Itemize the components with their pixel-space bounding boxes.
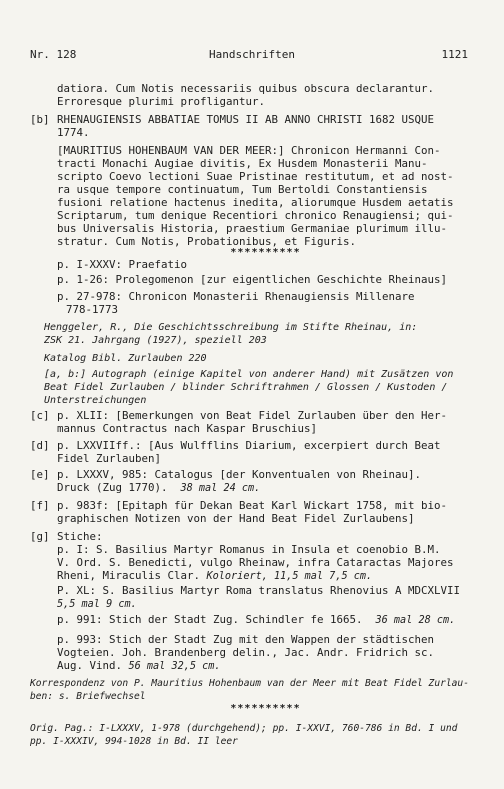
text-segment: Fidel Zurlauben] — [57, 452, 161, 465]
text-line: scripto Coevo lectioni Suae Pristinae re… — [57, 170, 474, 183]
text-line: p. 993: Stich der Stadt Zug mit den Wapp… — [57, 633, 474, 646]
text-block: [a, b:] Autograph (einige Kapitel von an… — [30, 368, 474, 407]
text-line: p. XLII: [Bemerkungen von Beat Fidel Zur… — [57, 409, 474, 422]
text-block: [d]p. LXXVIIff.: [Aus Wulfflins Diarium,… — [30, 439, 474, 465]
text-segment: 5,5 mal 9 cm. — [57, 599, 137, 610]
text-block: [MAURITIUS HOHENBAUM VAN DER MEER:] Chro… — [30, 144, 474, 248]
text-block: Korrespondenz von P. Mauritius Hohenbaum… — [30, 677, 474, 703]
text-segment: 56 mal 32,5 cm. — [129, 661, 221, 672]
text-line: bus Universalis Historia, praestium Germ… — [57, 222, 474, 235]
text-block: p. 993: Stich der Stadt Zug mit den Wapp… — [30, 633, 474, 672]
text-segment: p. 27-978: Chronicon Monasterii Rhenaugi… — [57, 290, 415, 303]
text-segment: P. XL: S. Basilius Martyr Roma translatu… — [57, 584, 460, 597]
page-header: Nr. 128 Handschriften 1121 — [0, 48, 504, 61]
text-line: Druck (Zug 1770). 38 mal 24 cm. — [57, 481, 474, 494]
text-line: p. LXXXV, 985: Catalogus [der Konventual… — [57, 468, 474, 481]
text-block: p. I: S. Basilius Martyr Romanus in Insu… — [30, 543, 474, 582]
text-segment: Beat Fidel Zurlauben / blinder Schriftra… — [44, 382, 447, 393]
text-segment: fusioni relatione hactenus inedita, alio… — [57, 196, 454, 209]
text-block: p. 27-978: Chronicon Monasterii Rhenaugi… — [30, 290, 474, 316]
text-line: V. Ord. S. Benedicti, vulgo Rheinaw, inf… — [57, 556, 474, 569]
text-segment: Stiche: — [57, 530, 103, 543]
text-line: Katalog Bibl. Zurlauben 220 — [44, 352, 474, 365]
text-block: Orig. Pag.: I-LXXXV, 1-978 (durchgehend)… — [30, 722, 474, 748]
text-block: [e]p. LXXXV, 985: Catalogus [der Konvent… — [30, 468, 474, 494]
text-segment: ZSK 21. Jahrgang (1927), speziell 203 — [44, 335, 267, 346]
text-segment: ra usque tempore continuatum, Tum Bertol… — [57, 183, 428, 196]
text-segment: tracti Monachi Augiae divitis, Ex Husdem… — [57, 157, 428, 170]
text-segment: 38 mal 24 cm. — [181, 483, 261, 494]
text-line: 5,5 mal 9 cm. — [57, 597, 474, 610]
text-line: p. 27-978: Chronicon Monasterii Rhenaugi… — [57, 290, 474, 303]
text-line: Unterstreichungen — [44, 394, 474, 407]
text-line: 778-1773 — [57, 303, 474, 316]
text-line: graphischen Notizen von der Hand Beat Fi… — [57, 512, 474, 525]
text-line: p. 991: Stich der Stadt Zug. Schindler f… — [57, 613, 474, 626]
text-line: Vogteien. Joh. Brandenberg delin., Jac. … — [57, 646, 474, 659]
text-segment: p. 993: Stich der Stadt Zug mit den Wapp… — [57, 633, 434, 646]
text-segment: 778-1773 — [66, 303, 118, 316]
text-segment: 1774. — [57, 126, 90, 139]
block-label: [c] — [30, 409, 50, 422]
text-segment: ********** — [230, 703, 300, 714]
manuscript-catalog-page: Nr. 128 Handschriften 1121 datiora. Cum … — [0, 0, 504, 789]
text-line: 1774. — [57, 126, 474, 139]
text-segment: p. XLII: [Bemerkungen von Beat Fidel Zur… — [57, 409, 447, 422]
text-line: fusioni relatione hactenus inedita, alio… — [57, 196, 474, 209]
text-block: [g]Stiche: — [30, 530, 474, 543]
text-line: [MAURITIUS HOHENBAUM VAN DER MEER:] Chro… — [57, 144, 474, 157]
text-line: tracti Monachi Augiae divitis, Ex Husdem… — [57, 157, 474, 170]
text-segment: [a, b:] Autograph (einige Kapitel von an… — [44, 369, 453, 380]
text-segment: p. I: S. Basilius Martyr Romanus in Insu… — [57, 543, 441, 556]
text-line: Henggeler, R., Die Geschichtsschreibung … — [44, 321, 474, 334]
text-segment: Korrespondenz von P. Mauritius Hohenbaum… — [30, 678, 469, 689]
text-segment: 36 mal 28 cm. — [376, 615, 456, 626]
text-line: ZSK 21. Jahrgang (1927), speziell 203 — [44, 334, 474, 347]
text-segment: datiora. Cum Notis necessariis quibus ob… — [57, 82, 434, 95]
text-segment: p. LXXVIIff.: [Aus Wulfflins Diarium, ex… — [57, 439, 441, 452]
block-label: [b] — [30, 113, 50, 126]
text-segment: p. I-XXXV: Praefatio — [57, 258, 187, 271]
text-line: p. I: S. Basilius Martyr Romanus in Insu… — [57, 543, 474, 556]
text-block: [f]p. 983f: [Epitaph für Dekan Beat Karl… — [30, 499, 474, 525]
text-block: p. 991: Stich der Stadt Zug. Schindler f… — [30, 613, 474, 626]
page-number: 1121 — [442, 48, 469, 61]
text-segment: pp. I-XXXIV, 994-1028 in Bd. II leer — [30, 736, 238, 747]
text-block: [b]RHENAUGIENSIS ABBATIAE TOMUS II AB AN… — [30, 113, 474, 139]
text-segment: stratur. Cum Notis, Probationibus, et Fi… — [57, 235, 356, 248]
text-segment: ben: s. Briefwechsel — [30, 691, 146, 702]
text-segment: scripto Coevo lectioni Suae Pristinae re… — [57, 170, 454, 183]
text-line: Rheni, Miraculis Clar. Koloriert, 11,5 m… — [57, 569, 474, 582]
text-line: Stiche: — [57, 530, 474, 543]
text-segment: Scriptarum, tum denique Recentiori chron… — [57, 209, 454, 222]
text-segment: V. Ord. S. Benedicti, vulgo Rheinaw, inf… — [57, 556, 454, 569]
text-segment: mannus Contractus nach Kaspar Bruschius] — [57, 422, 317, 435]
running-title: Handschriften — [0, 48, 504, 61]
text-segment: Vogteien. Joh. Brandenberg delin., Jac. … — [57, 646, 434, 659]
text-line: p. 983f: [Epitaph für Dekan Beat Karl Wi… — [57, 499, 474, 512]
text-line: ********** — [57, 248, 474, 258]
text-segment: Katalog Bibl. Zurlauben 220 — [44, 353, 207, 364]
text-segment: Henggeler, R., Die Geschichtsschreibung … — [44, 322, 417, 333]
text-segment: [MAURITIUS HOHENBAUM VAN DER MEER:] Chro… — [57, 144, 441, 157]
text-block: Katalog Bibl. Zurlauben 220 — [30, 352, 474, 365]
text-segment: RHENAUGIENSIS ABBATIAE TOMUS II AB ANNO … — [57, 113, 434, 126]
text-segment: bus Universalis Historia, praestium Germ… — [57, 222, 447, 235]
text-line: ben: s. Briefwechsel — [30, 690, 474, 703]
text-line: Scriptarum, tum denique Recentiori chron… — [57, 209, 474, 222]
text-segment: Druck (Zug 1770). — [57, 481, 181, 494]
block-label: [g] — [30, 530, 50, 543]
text-line: Orig. Pag.: I-LXXXV, 1-978 (durchgehend)… — [30, 722, 474, 735]
text-block: [c]p. XLII: [Bemerkungen von Beat Fidel … — [30, 409, 474, 435]
text-block: P. XL: S. Basilius Martyr Roma translatu… — [30, 584, 474, 610]
document-body: datiora. Cum Notis necessariis quibus ob… — [30, 82, 474, 748]
block-label: [f] — [30, 499, 50, 512]
text-segment: Koloriert, 11,5 mal 7,5 cm. — [207, 571, 373, 582]
text-line: RHENAUGIENSIS ABBATIAE TOMUS II AB ANNO … — [57, 113, 474, 126]
text-line: mannus Contractus nach Kaspar Bruschius] — [57, 422, 474, 435]
separator-asterisks: ********** — [30, 704, 474, 714]
text-line: [a, b:] Autograph (einige Kapitel von an… — [44, 368, 474, 381]
text-line: pp. I-XXXIV, 994-1028 in Bd. II leer — [30, 735, 474, 748]
text-segment: Orig. Pag.: I-LXXXV, 1-978 (durchgehend)… — [30, 723, 457, 734]
text-block: p. I-XXXV: Praefatio — [30, 258, 474, 271]
text-line: ********** — [57, 704, 474, 714]
text-line: Erroresque plurimi profligantur. — [57, 95, 474, 108]
text-segment: Rheni, Miraculis Clar. — [57, 569, 207, 582]
text-line: P. XL: S. Basilius Martyr Roma translatu… — [57, 584, 474, 597]
text-line: Korrespondenz von P. Mauritius Hohenbaum… — [30, 677, 474, 690]
text-segment: p. LXXXV, 985: Catalogus [der Konventual… — [57, 468, 421, 481]
text-line: p. I-XXXV: Praefatio — [57, 258, 474, 271]
text-segment: p. 991: Stich der Stadt Zug. Schindler f… — [57, 613, 376, 626]
text-line: datiora. Cum Notis necessariis quibus ob… — [57, 82, 474, 95]
text-line: Fidel Zurlauben] — [57, 452, 474, 465]
text-block: p. 1-26: Prolegomenon [zur eigentlichen … — [30, 273, 474, 286]
separator-asterisks: ********** — [30, 248, 474, 258]
block-label: [e] — [30, 468, 50, 481]
text-line: Beat Fidel Zurlauben / blinder Schriftra… — [44, 381, 474, 394]
text-line: Aug. Vind. 56 mal 32,5 cm. — [57, 659, 474, 672]
text-segment: Erroresque plurimi profligantur. — [57, 95, 265, 108]
text-block: datiora. Cum Notis necessariis quibus ob… — [30, 82, 474, 108]
text-line: p. 1-26: Prolegomenon [zur eigentlichen … — [57, 273, 474, 286]
text-segment: Unterstreichungen — [44, 395, 146, 406]
text-segment: graphischen Notizen von der Hand Beat Fi… — [57, 512, 415, 525]
text-segment: ********** — [230, 247, 300, 258]
block-label: [d] — [30, 439, 50, 452]
text-segment: p. 1-26: Prolegomenon [zur eigentlichen … — [57, 273, 447, 286]
text-segment: Aug. Vind. — [57, 659, 129, 672]
text-line: p. LXXVIIff.: [Aus Wulfflins Diarium, ex… — [57, 439, 474, 452]
text-segment: p. 983f: [Epitaph für Dekan Beat Karl Wi… — [57, 499, 447, 512]
text-line: ra usque tempore continuatum, Tum Bertol… — [57, 183, 474, 196]
text-block: Henggeler, R., Die Geschichtsschreibung … — [30, 321, 474, 347]
